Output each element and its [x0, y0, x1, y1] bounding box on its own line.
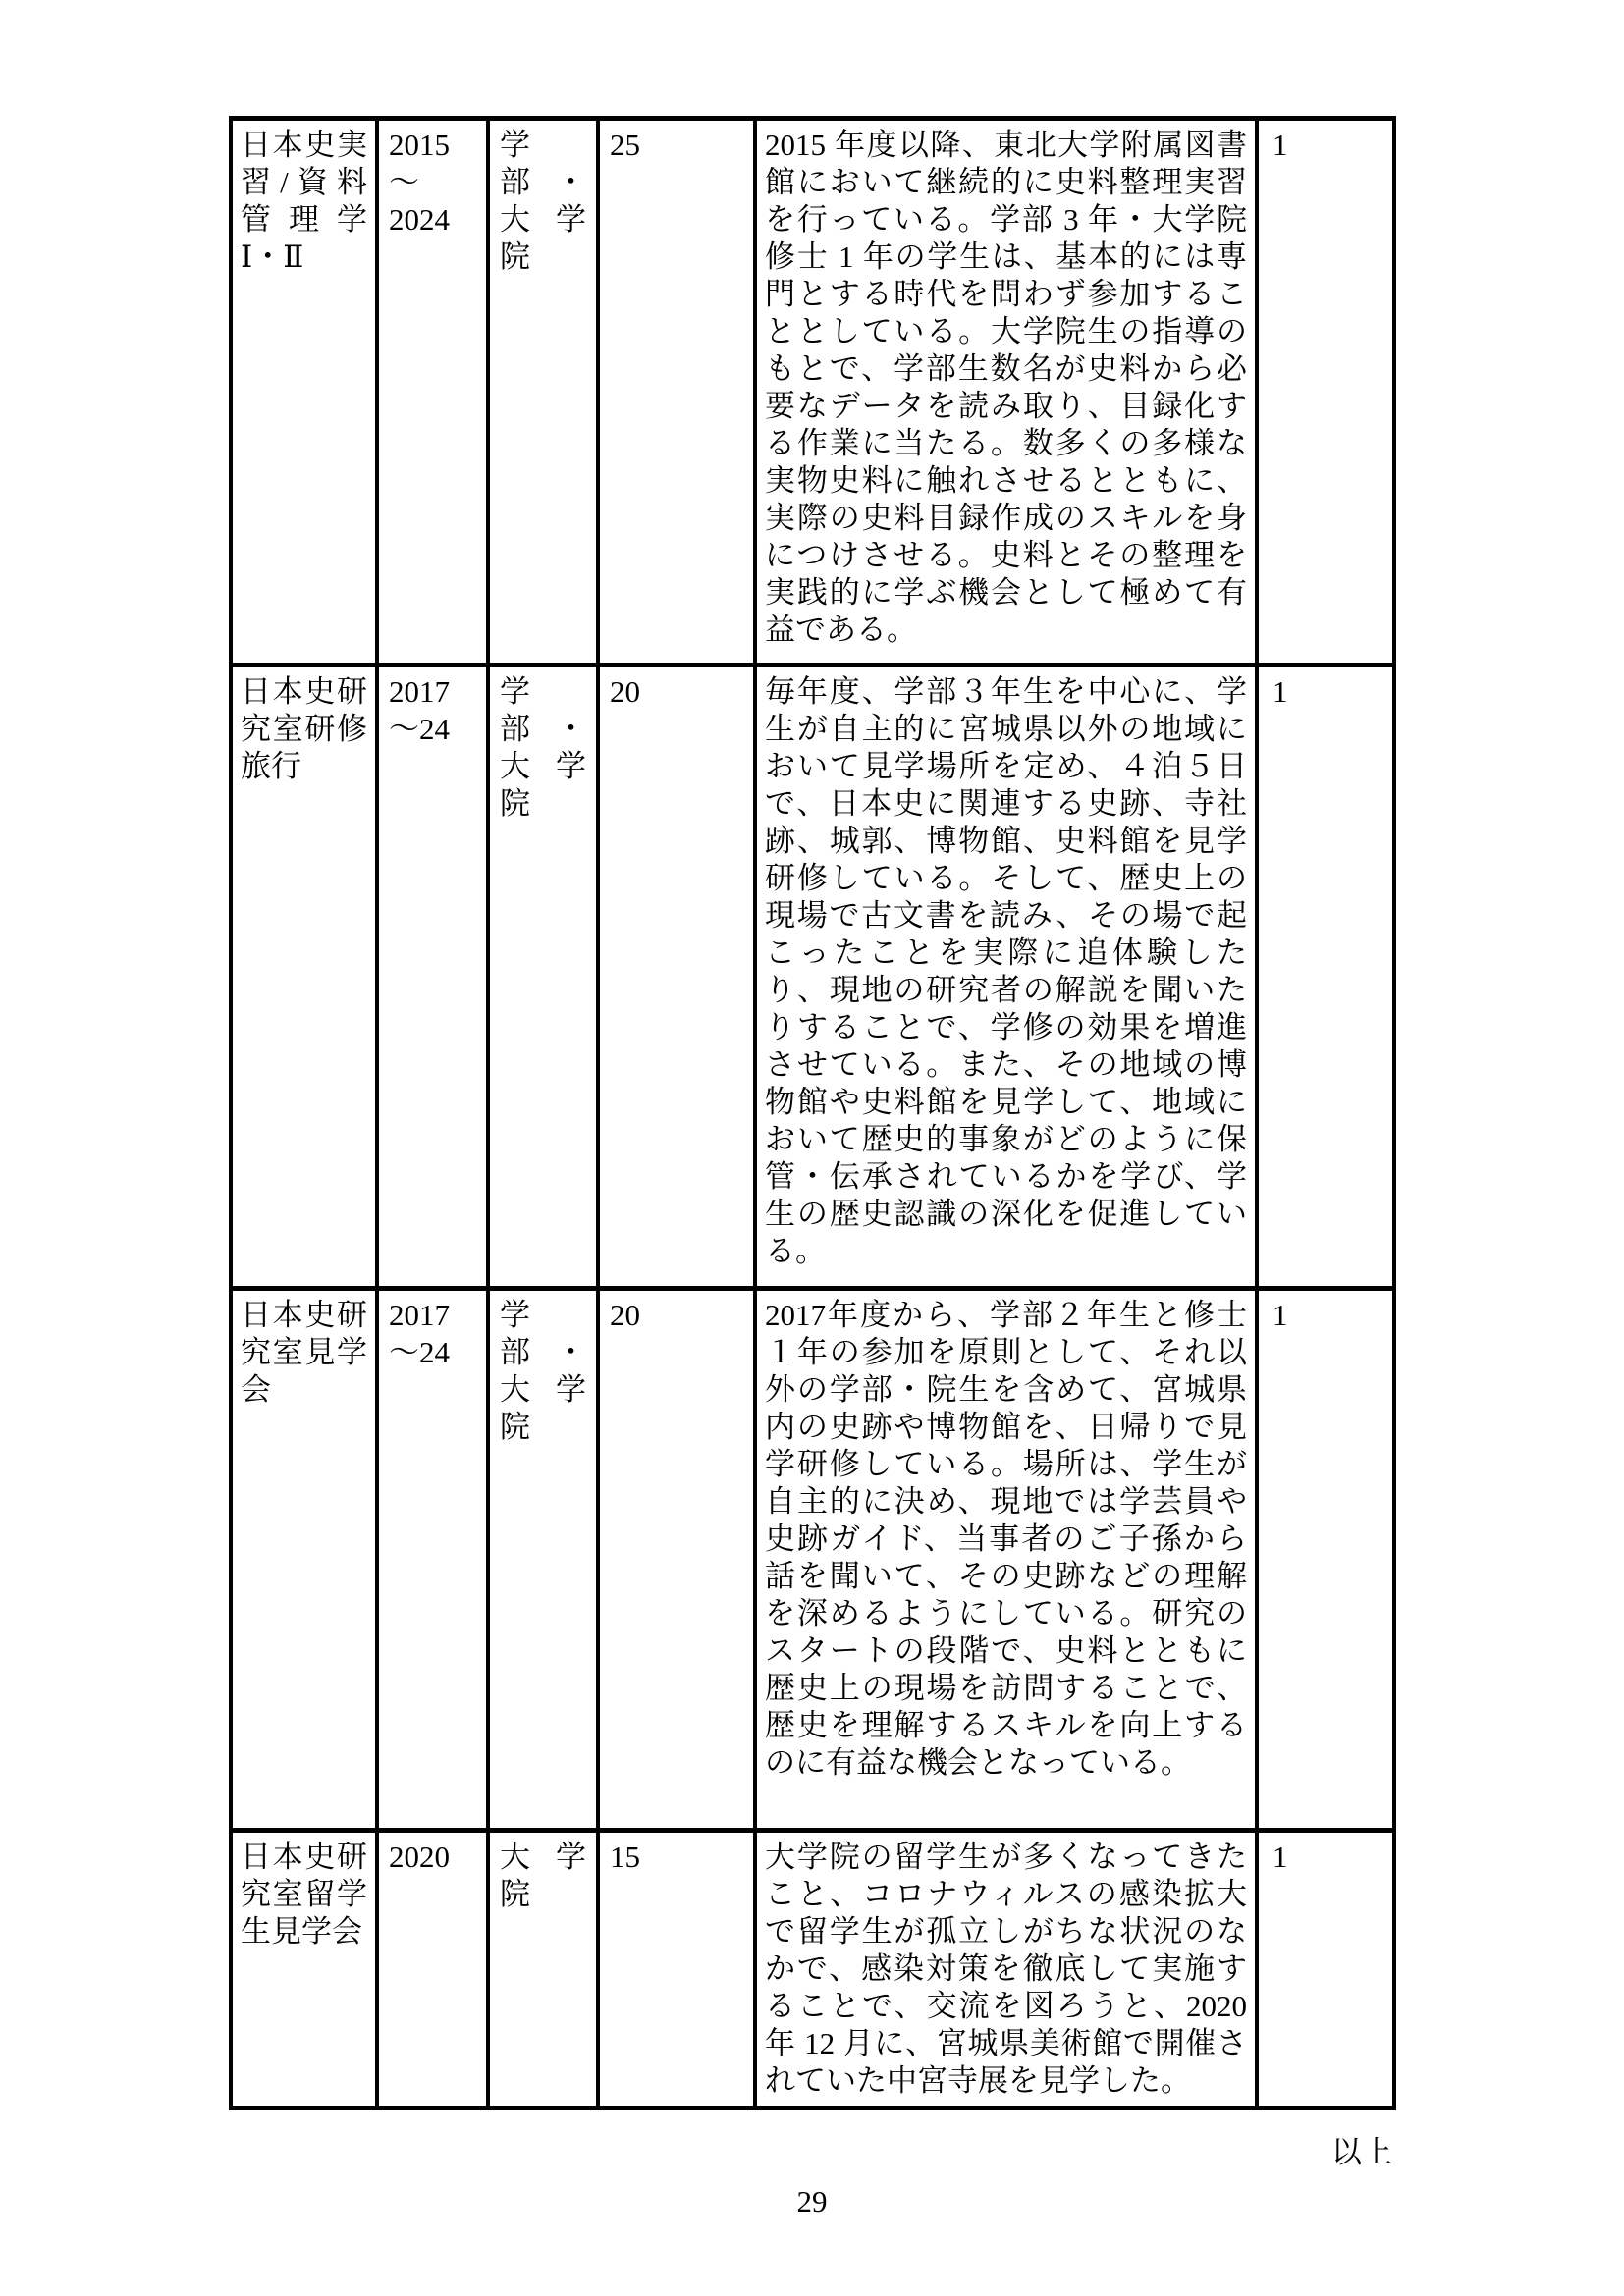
period-cell: 2015 ～ 2024	[377, 119, 488, 666]
count-cell: 1	[1257, 666, 1394, 1289]
description-cell: 2015 年度以降、東北大学附属図書館において継続的に史料整理実習を行っている。…	[755, 119, 1257, 666]
description-cell: 大学院の留学生が多くなってきたこと、コロナウィルスの感染拡大で留学生が孤立しがち…	[755, 1831, 1257, 2109]
activity-name-cell: 日本史実習/資料管理学Ⅰ・Ⅱ	[231, 119, 377, 666]
activity-table: 日本史実習/資料管理学Ⅰ・Ⅱ 2015 ～ 2024 学部・ 大学 院 25 2…	[229, 116, 1396, 2110]
participants-cell: 20	[598, 1289, 755, 1831]
participants-cell: 15	[598, 1831, 755, 2109]
page-number: 29	[0, 2183, 1624, 2220]
participants-cell: 25	[598, 119, 755, 666]
document-page: 日本史実習/資料管理学Ⅰ・Ⅱ 2015 ～ 2024 学部・ 大学 院 25 2…	[0, 0, 1624, 2296]
table-row: 日本史研究室見学会 2017 ～24 学部・ 大学 院 20 2017年度から、…	[231, 1289, 1394, 1831]
count-cell: 1	[1257, 119, 1394, 666]
description-cell: 2017年度から、学部２年生と修士１年の参加を原則として、それ以外の学部・院生を…	[755, 1289, 1257, 1831]
audience-cell: 学部・ 大学 院	[488, 666, 598, 1289]
activity-name-cell: 日本史研究室研修旅行	[231, 666, 377, 1289]
period-cell: 2017 ～24	[377, 666, 488, 1289]
activity-name-cell: 日本史研究室留学生見学会	[231, 1831, 377, 2109]
table-row: 日本史実習/資料管理学Ⅰ・Ⅱ 2015 ～ 2024 学部・ 大学 院 25 2…	[231, 119, 1394, 666]
table-row: 日本史研究室留学生見学会 2020 大学 院 15 大学院の留学生が多くなってき…	[231, 1831, 1394, 2109]
activity-name-cell: 日本史研究室見学会	[231, 1289, 377, 1831]
period-cell: 2020	[377, 1831, 488, 2109]
period-cell: 2017 ～24	[377, 1289, 488, 1831]
audience-cell: 学部・ 大学 院	[488, 1289, 598, 1831]
table-row: 日本史研究室研修旅行 2017 ～24 学部・ 大学 院 20 毎年度、学部３年…	[231, 666, 1394, 1289]
count-cell: 1	[1257, 1289, 1394, 1831]
audience-cell: 学部・ 大学 院	[488, 119, 598, 666]
closing-text: 以上	[229, 2134, 1392, 2171]
participants-cell: 20	[598, 666, 755, 1289]
audience-cell: 大学 院	[488, 1831, 598, 2109]
count-cell: 1	[1257, 1831, 1394, 2109]
description-cell: 毎年度、学部３年生を中心に、学生が自主的に宮城県以外の地域において見学場所を定め…	[755, 666, 1257, 1289]
